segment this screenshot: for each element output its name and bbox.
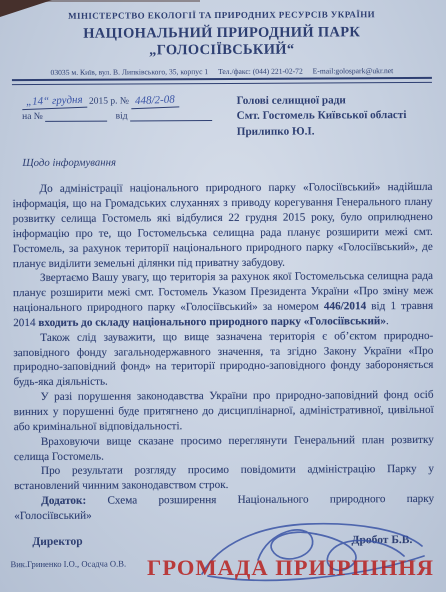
scanned-letter-page: МІНІСТЕРСТВО ЕКОЛОГІЇ ТА ПРИРОДНИХ РЕСУР… bbox=[0, 0, 446, 592]
addressee-line: Голові селищної ради bbox=[237, 93, 433, 109]
from-label: від bbox=[116, 111, 128, 121]
attachment-line: Додаток: Схема розширення Національного … bbox=[14, 492, 434, 524]
blank-field bbox=[130, 111, 212, 121]
incoming-ref-line: на № від bbox=[22, 111, 237, 122]
attachment-label: Додаток: bbox=[41, 495, 86, 507]
year-label: 2015 р. bbox=[89, 97, 118, 107]
park-name: НАЦІОНАЛЬНИЙ ПРИРОДНИЙ ПАРК „ГОЛОСІЇВСЬК… bbox=[12, 24, 432, 60]
signature-row: Директор Дробот Б.В. bbox=[14, 534, 434, 548]
reference-block: „14“ грудня 2015 р. № 448/2-08 на № від bbox=[12, 94, 237, 142]
ministry-name: МІНІСТЕРСТВО ЕКОЛОГІЇ ТА ПРИРОДНИХ РЕСУР… bbox=[12, 9, 432, 21]
addressee-block: Голові селищної ради Смт. Гостомель Київ… bbox=[237, 93, 433, 140]
on-number-label: на № bbox=[22, 112, 43, 122]
blank-field bbox=[45, 112, 107, 122]
letterhead-divider bbox=[12, 77, 432, 85]
signatory-title: Директор bbox=[32, 536, 82, 548]
signatory-name: Дробот Б.В. bbox=[351, 534, 412, 546]
letter-body: До адміністрації національного природног… bbox=[12, 180, 434, 524]
addressee-line: Прилипко Ю.І. bbox=[237, 124, 433, 140]
letter-content: МІНІСТЕРСТВО ЕКОЛОГІЇ ТА ПРИРОДНИХ РЕСУР… bbox=[0, 0, 446, 569]
subject-line: Щодо інформування bbox=[12, 155, 432, 169]
addressee-line: Смт. Гостомель Київської області bbox=[237, 108, 433, 124]
paragraph: Також слід зауважити, що вище зазначена … bbox=[13, 329, 433, 391]
email: E-mail:golospark@ukr.net bbox=[313, 66, 394, 75]
emphasized-text: входить до складу національного природно… bbox=[38, 315, 386, 329]
phone-fax: Тел./факс: (044) 221-02-72 bbox=[218, 67, 303, 76]
decree-number: 446/2014 bbox=[324, 300, 366, 312]
date-number-line: „14“ грудня 2015 р. № 448/2-08 bbox=[22, 94, 237, 109]
paragraph: Звертаємо Вашу увагу, що територія за ра… bbox=[13, 269, 433, 331]
number-sign: № bbox=[120, 96, 129, 106]
paragraph: У разі порушення законодавства України п… bbox=[14, 388, 434, 435]
paragraph: Враховуючи вище сказане просимо переглян… bbox=[14, 433, 434, 465]
paragraph-text: . bbox=[386, 315, 389, 327]
handwritten-date: „14“ грудня bbox=[22, 94, 87, 111]
handwritten-number: 448/2-08 bbox=[131, 93, 179, 109]
postal-address: 03035 м. Київ, вул. В. Липківського, 35,… bbox=[50, 67, 208, 77]
paragraph: До адміністрації національного природног… bbox=[12, 180, 432, 271]
contact-line: 03035 м. Київ, вул. В. Липківського, 35,… bbox=[12, 66, 432, 77]
paragraph: Про результати розгляду просимо повідоми… bbox=[14, 462, 434, 494]
reference-row: „14“ грудня 2015 р. № 448/2-08 на № від … bbox=[12, 93, 432, 142]
watermark-overlay: ГРОМАДА ПРИІРПІННЯ bbox=[147, 555, 434, 581]
